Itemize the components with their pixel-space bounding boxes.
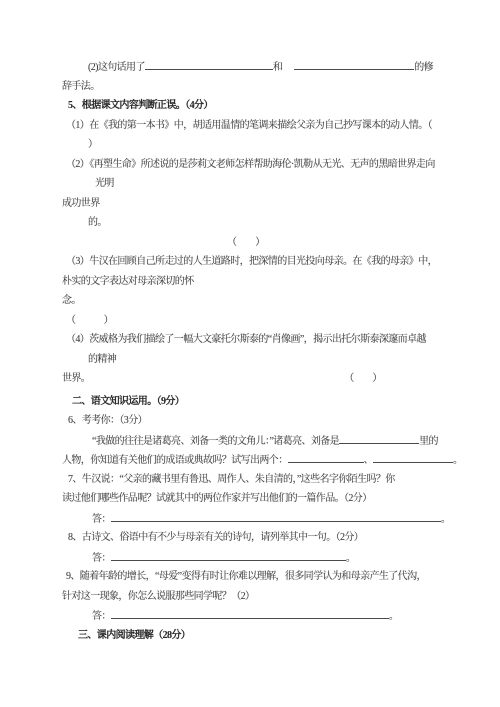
question-8-text: 8、古诗文、俗语中有不少与母亲有关的诗句，请列举其中一句。（2分） [68, 532, 363, 543]
question-7-text: 7、牛汉说：“父亲的藏书里有鲁迅、周作人、朱自清的，”这些名字你陌生吗？你 [68, 474, 395, 485]
q5-item3-fragment: 念。 [62, 295, 81, 306]
answer-label: 答： [92, 514, 111, 525]
question-4-2-lead: (2)这句话用了 [88, 62, 145, 73]
q5-item4-line1: （4）茨威格为我们描绘了一幅大文豪托尔斯泰的“肖像画”，揭示出托尔斯泰深邃而卓越 [62, 330, 460, 350]
q5-item1-text: （1）在《我的第一本书》中，胡适用温情的笔调来描绘父亲为自己抄写课本的动人情。（ [66, 120, 432, 131]
true-false-bracket: （ ） [66, 315, 113, 326]
fill-in-blank [145, 57, 273, 70]
q5-item2-line2: 光明 [62, 174, 460, 194]
q5-item4-line3: 世界。（ ） [62, 369, 460, 389]
exam-paper-page: (2)这句话用了和的修 辞手法。 5、根据课文内容判断正误。（4分） （1）在《… [0, 0, 500, 707]
fill-in-blank [373, 450, 453, 463]
q5-item4-fragment: 的精神 [88, 354, 116, 365]
q5-item2-fragment: 的。 [88, 217, 107, 228]
q5-item1-line1: （1）在《我的第一本书》中，胡适用温情的笔调来描绘父亲为自己抄写课本的动人情。（ [62, 116, 460, 136]
question-6-heading: 6、考考你：（3分） [62, 411, 460, 431]
answer-blank [111, 606, 389, 619]
q5-item3-fragment: 朴实的文字表达对母亲深切的怀 [62, 276, 194, 287]
question-9-line1: 9、随着年龄的增长，“母爱”变得有时让你难以理解，很多同学认为和母亲产生了代沟， [62, 567, 460, 587]
question-5-heading: 5、根据课文内容判断正误。（4分） [62, 96, 460, 116]
section-2-heading: 二、语文知识运用。（9分） [62, 392, 460, 412]
question-6-line2: 人物，你知道有关他们的成语或典故吗？试写出两个：、。 [62, 450, 460, 470]
question-7-answer-line: 答：。 [62, 509, 460, 529]
question-5-title: 5、根据课文内容判断正误。（4分） [68, 100, 213, 111]
question-4-2-line1: (2)这句话用了和的修 [62, 57, 460, 77]
q5-item3-line2: 朴实的文字表达对母亲深切的怀 [62, 272, 460, 292]
q5-item4-text: （4）茨威格为我们描绘了一幅大文豪托尔斯泰的“肖像画”，揭示出托尔斯泰深邃而卓越 [66, 334, 426, 345]
question-7-text: 读过他们哪些作品呢？试就其中的两位作家并写出他们的一篇作品。（2分） [62, 493, 372, 504]
answer-label: 答： [92, 611, 111, 622]
spacer [90, 380, 344, 381]
q5-item1-line2: ） [62, 135, 460, 155]
q5-item3-line1: （3）牛汉在回顾自己所走过的人生道路时，把深情的目光投向母亲。在《我的母亲》中， [62, 252, 460, 272]
question-9-line2: 针对这一现象，你怎么说服那些同学呢？（2） [62, 587, 460, 607]
answer-period: 。 [441, 514, 450, 525]
q5-item2-answer-bracket: （ ） [62, 233, 460, 253]
q5-item3-text: （3）牛汉在回顾自己所走过的人生道路时，把深情的目光投向母亲。在《我的母亲》中， [66, 256, 437, 267]
question-9-text: 9、随着年龄的增长，“母爱”变得有时让你难以理解，很多同学认为和母亲产生了代沟， [66, 571, 426, 582]
q5-item4-fragment: 世界。 [62, 373, 90, 384]
question-6-period: 。 [453, 455, 462, 466]
question-6-line1: “我做的往往是诸葛亮、刘备一类的文角儿：”诸葛亮、刘备是里的 [62, 431, 460, 451]
question-4-2-and: 和 [273, 62, 282, 73]
answer-label: 答： [92, 553, 111, 564]
q5-item2-text: （2）《再塑生命》所述说的是莎莉文老师怎样帮助海伦·凯勒从无光、无声的黑暗世界走… [66, 159, 435, 170]
question-7-line2: 读过他们哪些作品呢？试就其中的两位作家并写出他们的一篇作品。（2分） [62, 489, 460, 509]
q5-item2-fragment: 光明 [95, 178, 114, 189]
q5-item2-fragment: 成功世界 [62, 198, 100, 209]
answer-blank [111, 548, 346, 561]
question-6-separator: 、 [364, 455, 373, 466]
answer-blank [111, 509, 441, 522]
q5-item2-line4: 的。 [62, 213, 460, 233]
section-2-title: 二、语文知识运用。（9分） [72, 396, 184, 407]
question-6-text: 里的 [419, 436, 438, 447]
question-8-answer-line: 答：。 [62, 548, 460, 568]
question-7-line1: 7、牛汉说：“父亲的藏书里有鲁迅、周作人、朱自清的，”这些名字你陌生吗？你 [62, 470, 460, 490]
question-9-text: 针对这一现象，你怎么说服那些同学呢？（2） [62, 591, 254, 602]
question-6-text: 人物，你知道有关他们的成语或典故吗？试写出两个： [62, 455, 288, 466]
question-6-title: 6、考考你：（3分） [68, 415, 147, 426]
question-8-line1: 8、古诗文、俗语中有不少与母亲有关的诗句，请列举其中一句。（2分） [62, 528, 460, 548]
section-3-heading: 三、课内阅读理解（28分） [62, 626, 460, 646]
true-false-bracket: （ ） [344, 373, 382, 384]
section-3-title: 三、课内阅读理解（28分） [78, 630, 190, 641]
question-9-answer-line: 答：。 [62, 606, 460, 626]
fill-in-blank [339, 431, 419, 444]
q5-item4-line2: 的精神 [62, 350, 460, 370]
answer-period: 。 [346, 553, 355, 564]
question-4-2-line2: 辞手法。 [62, 77, 460, 97]
fill-in-blank [294, 57, 414, 70]
fill-in-blank [288, 450, 364, 463]
q5-item3-answer-bracket: （ ） [62, 311, 460, 331]
question-4-2-tail: 的修 [414, 62, 433, 73]
answer-period: 。 [389, 611, 398, 622]
true-false-bracket: （ ） [227, 237, 265, 248]
question-4-2-wrap: 辞手法。 [62, 81, 100, 92]
q5-item2-line1: （2）《再塑生命》所述说的是莎莉文老师怎样帮助海伦·凯勒从无光、无声的黑暗世界走… [62, 155, 460, 175]
q5-item2-line3: 成功世界 [62, 194, 460, 214]
question-6-text: “我做的往往是诸葛亮、刘备一类的文角儿：”诸葛亮、刘备是 [92, 436, 339, 447]
q5-item1-bracket-close: ） [88, 139, 97, 150]
q5-item3-line3: 念。 [62, 291, 460, 311]
